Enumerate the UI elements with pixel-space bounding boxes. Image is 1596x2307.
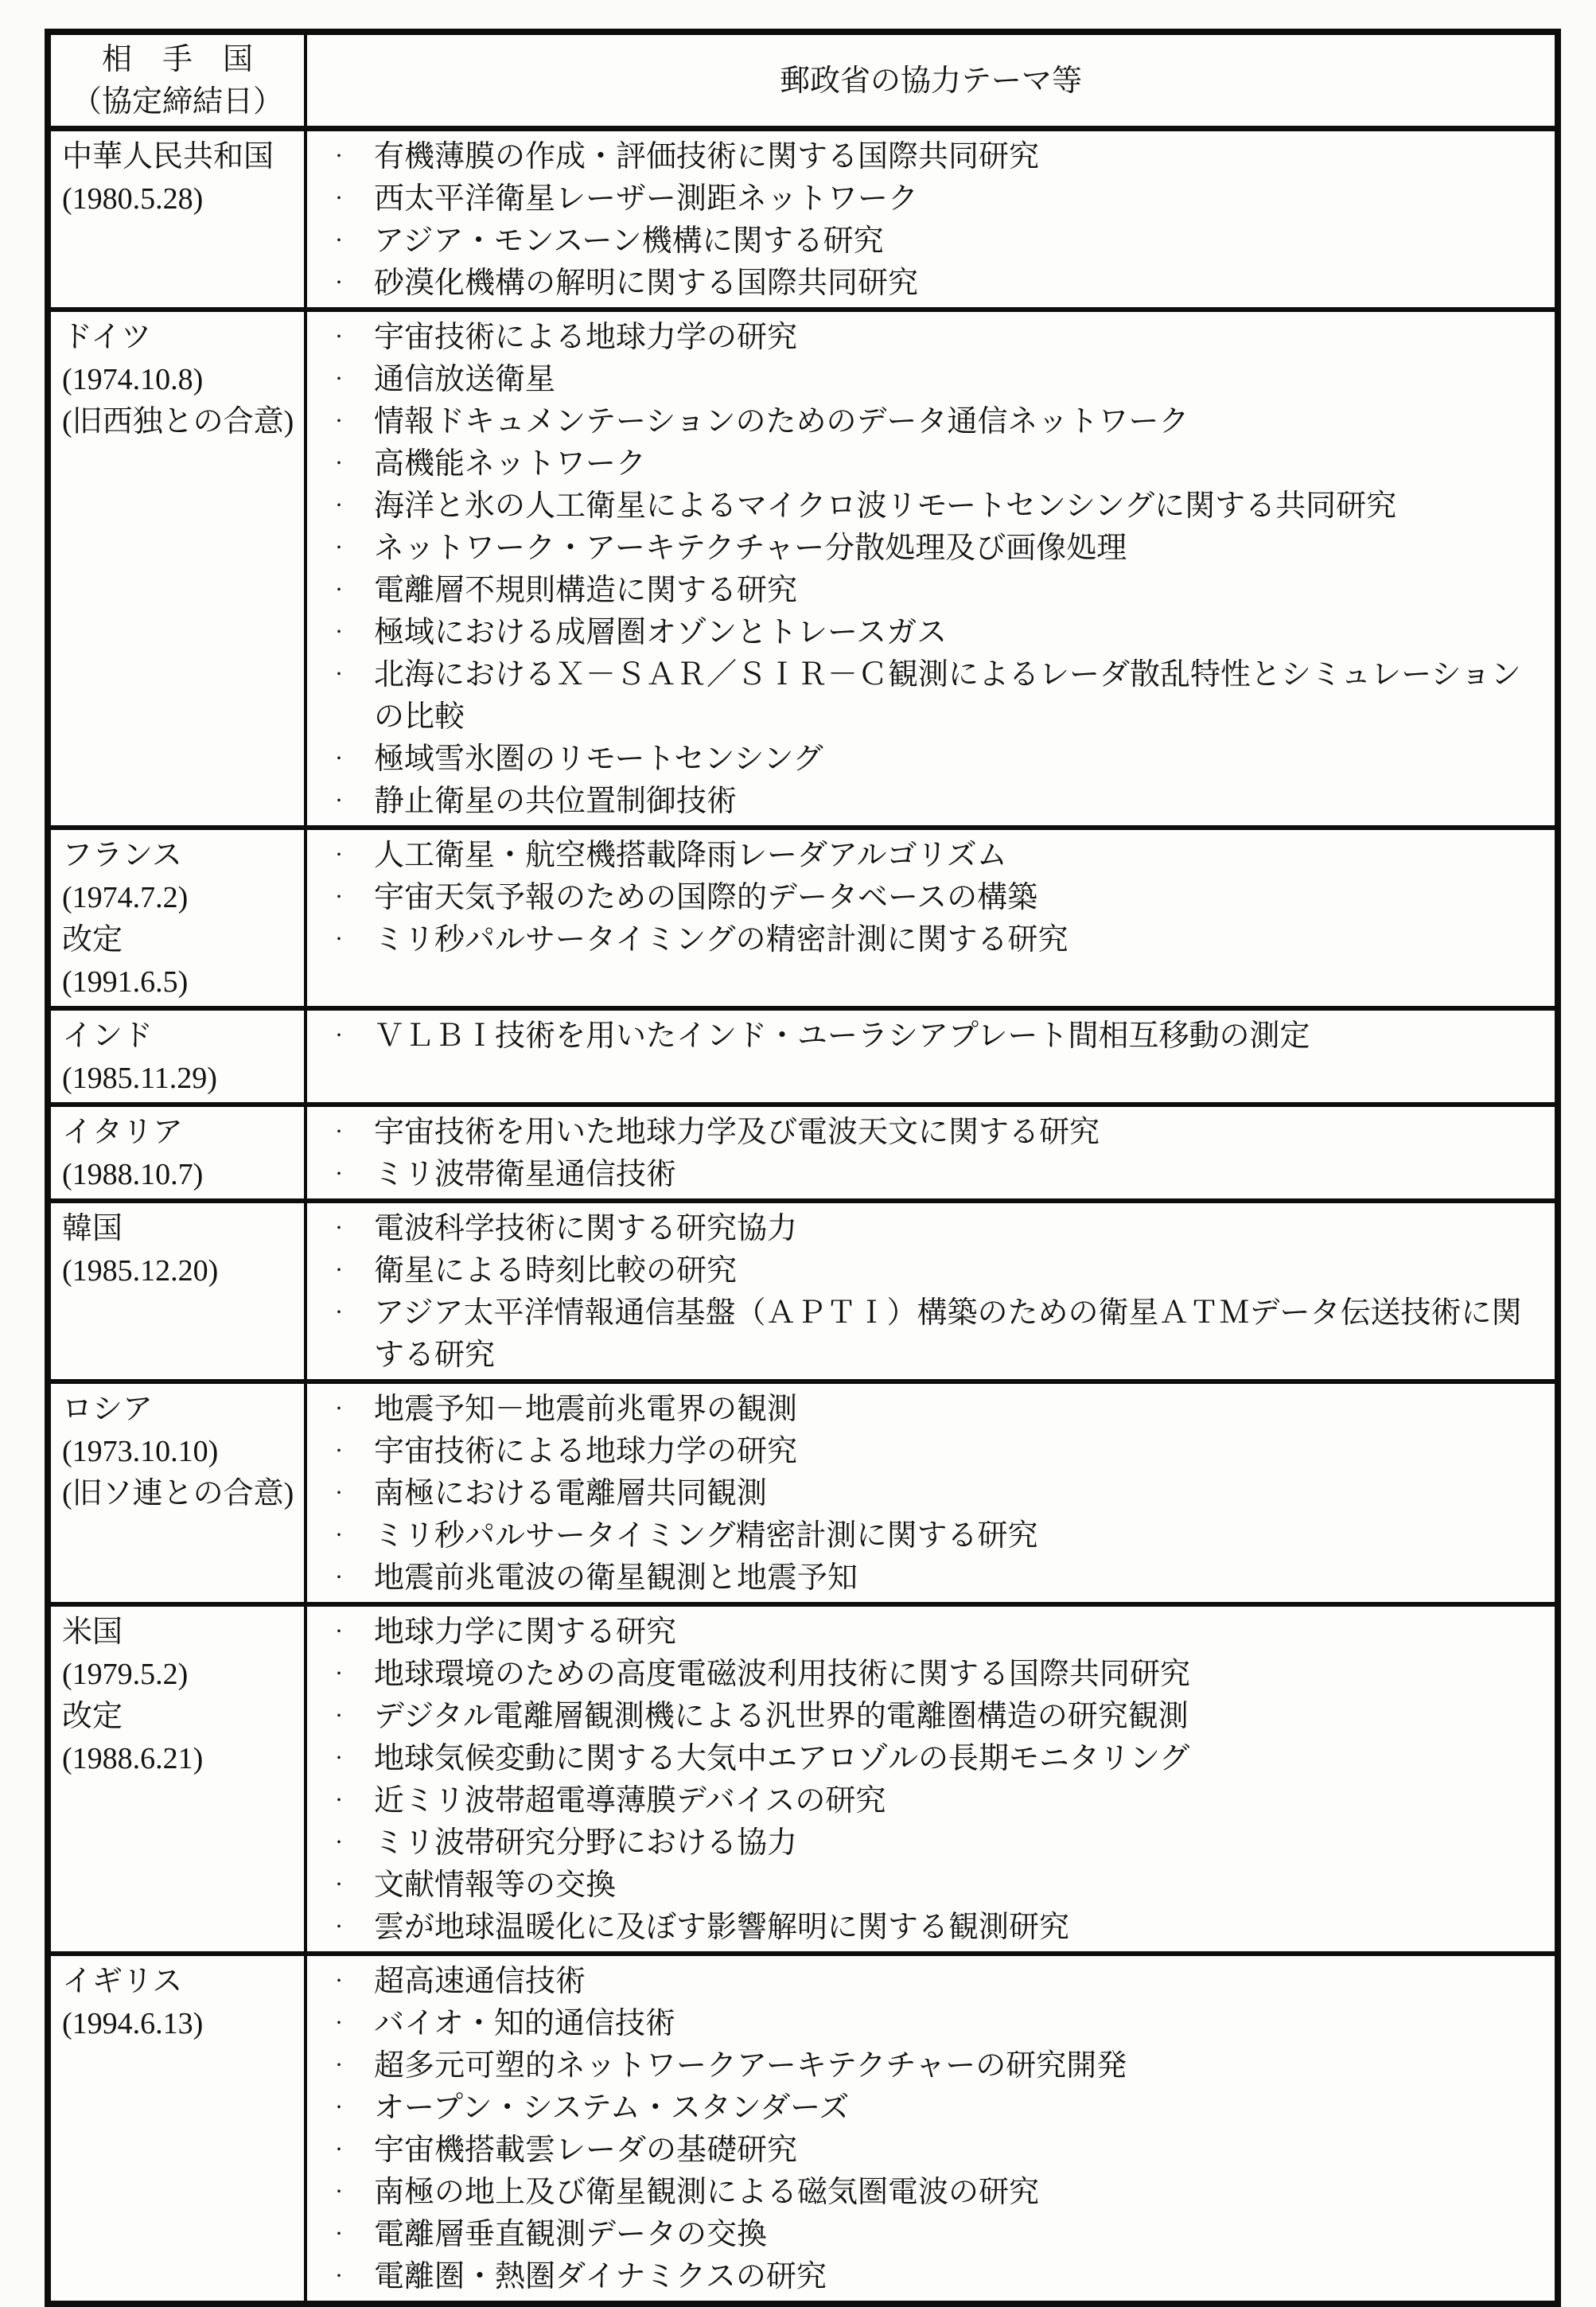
amendment-date: (1988.6.21): [62, 1738, 301, 1780]
theme-text: 宇宙天気予報のための国際的データベースの構築: [374, 881, 1037, 914]
theme-item: ・宇宙天気予報のための国際的データベースの構築: [307, 877, 1550, 919]
country-name: ドイツ: [62, 317, 301, 359]
theme-item: ・超高速通信技術: [307, 1961, 1550, 2003]
theme-item: ・宇宙技術による地球力学の研究: [307, 1431, 1550, 1473]
theme-text: ミリ波帯研究分野における協力: [374, 1826, 797, 1860]
theme-item: ・ネットワーク・アーキテクチャー分散処理及び画像処理: [307, 528, 1550, 570]
bullet-icon: ・: [331, 443, 347, 485]
theme-item: ・地球力学に関する研究: [307, 1611, 1550, 1654]
bullet-icon: ・: [331, 1557, 347, 1600]
agreement-note: (旧ソ連との合意): [62, 1473, 301, 1515]
bullet-icon: ・: [331, 401, 347, 443]
theme-text: 文献情報等の交換: [374, 1869, 616, 1902]
country-name: ロシア: [62, 1389, 301, 1431]
theme-item: ・電離層不規則構造に関する研究: [307, 570, 1550, 612]
theme-text: 電波科学技術に関する研究協力: [374, 1212, 797, 1245]
theme-item: ・電波科学技術に関する研究協力: [307, 1208, 1550, 1250]
theme-text: 人工衛星・航空機搭載降雨レーダアルゴリズム: [374, 839, 1007, 872]
bullet-icon: ・: [331, 2003, 347, 2045]
themes-cell: ・ＶＬＢＩ技術を用いたインド・ユーラシアプレート間相互移動の測定: [306, 1008, 1558, 1105]
bullet-icon: ・: [331, 1431, 347, 1473]
bullet-icon: ・: [331, 1822, 347, 1865]
theme-text: 西太平洋衛星レーザー測距ネットワーク: [374, 182, 918, 216]
theme-text: 海洋と氷の人工衛星によるマイクロ波リモートセンシングに関する共同研究: [374, 489, 1396, 523]
theme-text: ミリ波帯衛星通信技術: [374, 1158, 676, 1191]
bullet-icon: ・: [331, 1250, 347, 1292]
theme-item: ・ＶＬＢＩ技術を用いたインド・ユーラシアプレート間相互移動の測定: [307, 1015, 1550, 1058]
theme-item: ・宇宙技術による地球力学の研究: [307, 317, 1550, 359]
bullet-icon: ・: [331, 1515, 347, 1557]
theme-text: 超多元可塑的ネットワークアーキテクチャーの研究開発: [374, 2049, 1127, 2083]
table-row-uk: イギリス (1994.6.13) ・超高速通信技術 ・バイオ・知的通信技術 ・超…: [48, 1954, 1558, 2304]
theme-item: ・アジア太平洋情報通信基盤（ＡＰＴＩ）構築のための衛星ＡＴＭデータ伝送技術に関す…: [307, 1292, 1550, 1377]
theme-text: 宇宙技術による地球力学の研究: [374, 1435, 797, 1468]
theme-item: ・アジア・モンスーン機構に関する研究: [307, 220, 1550, 263]
table-row-china: 中華人民共和国 (1980.5.28) ・有機薄膜の作成・評価技術に関する国際共…: [48, 129, 1558, 310]
theme-text: 砂漠化機構の解明に関する国際共同研究: [374, 267, 918, 300]
country-cell: フランス (1974.7.2) 改定 (1991.6.5): [48, 828, 306, 1008]
theme-item: ・文献情報等の交換: [307, 1865, 1550, 1907]
country-cell: 米国 (1979.5.2) 改定 (1988.6.21): [48, 1604, 306, 1954]
theme-text: 地球環境のための高度電磁波利用技術に関する国際共同研究: [374, 1658, 1190, 1691]
bullet-icon: ・: [331, 2172, 347, 2214]
bullet-icon: ・: [331, 317, 347, 359]
theme-item: ・高機能ネットワーク: [307, 443, 1550, 485]
bullet-icon: ・: [331, 1292, 347, 1335]
theme-item: ・電離圏・熱圏ダイナミクスの研究: [307, 2256, 1550, 2298]
theme-text: ネットワーク・アーキテクチャー分散処理及び画像処理: [374, 532, 1127, 565]
document-page: 相 手 国 （協定締結日） 郵政省の協力テーマ等 中華人民共和国 (1980.5…: [0, 0, 1596, 2307]
table-row-korea: 韓国 (1985.12.20) ・電波科学技術に関する研究協力 ・衛星による時刻…: [48, 1201, 1558, 1381]
theme-text: アジア・モンスーン機構に関する研究: [374, 224, 884, 258]
theme-item: ・地震前兆電波の衛星観測と地震予知: [307, 1557, 1550, 1600]
theme-item: ・宇宙機搭載雲レーダの基礎研究: [307, 2130, 1550, 2172]
table-row-russia: ロシア (1973.10.10) (旧ソ連との合意) ・地震予知－地震前兆電界の…: [48, 1381, 1558, 1604]
theme-item: ・地球気候変動に関する大気中エアロゾルの長期モニタリング: [307, 1738, 1550, 1780]
bullet-icon: ・: [331, 1112, 347, 1154]
theme-item: ・情報ドキュメンテーションのためのデータ通信ネットワーク: [307, 401, 1550, 443]
bullet-icon: ・: [331, 528, 347, 570]
themes-cell: ・地球力学に関する研究 ・地球環境のための高度電磁波利用技術に関する国際共同研究…: [306, 1604, 1558, 1954]
theme-item: ・北海におけるＸ－ＳＡＲ／ＳＩＲ－Ｃ観測によるレーダ散乱特性とシミュレーションの…: [307, 654, 1550, 738]
theme-item: ・オープン・システム・スタンダーズ: [307, 2087, 1550, 2130]
bullet-icon: ・: [331, 1696, 347, 1738]
country-cell: ロシア (1973.10.10) (旧ソ連との合意): [48, 1381, 306, 1604]
theme-item: ・デジタル電離層観測機による汎世界的電離圏構造の研究観測: [307, 1696, 1550, 1738]
bullet-icon: ・: [331, 654, 347, 696]
header-country-title: 相 手 国: [53, 39, 302, 81]
bullet-icon: ・: [331, 1208, 347, 1250]
theme-item: ・通信放送衛星: [307, 359, 1550, 401]
theme-item: ・静止衛星の共位置制御技術: [307, 781, 1550, 823]
theme-item: ・南極における電離層共同観測: [307, 1473, 1550, 1515]
bullet-icon: ・: [331, 485, 347, 528]
theme-item: ・宇宙技術を用いた地球力学及び電波天文に関する研究: [307, 1112, 1550, 1154]
country-cell: イタリア (1988.10.7): [48, 1105, 306, 1201]
amendment-label: 改定: [62, 919, 301, 961]
country-cell: インド (1985.11.29): [48, 1008, 306, 1105]
agreement-date: (1974.10.8): [62, 359, 301, 401]
theme-item: ・ミリ秒パルサータイミングの精密計測に関する研究: [307, 919, 1550, 961]
theme-text: 超高速通信技術: [374, 1965, 586, 1998]
bullet-icon: ・: [331, 1611, 347, 1654]
header-themes-column: 郵政省の協力テーマ等: [306, 32, 1558, 129]
country-name: 韓国: [62, 1208, 301, 1250]
bullet-icon: ・: [331, 877, 347, 919]
theme-item: ・衛星による時刻比較の研究: [307, 1250, 1550, 1292]
country-name: 中華人民共和国: [62, 136, 301, 178]
theme-text: 極域における成層圏オゾンとトレースガス: [374, 616, 947, 649]
bullet-icon: ・: [331, 1654, 347, 1696]
bullet-icon: ・: [331, 570, 347, 612]
theme-text: 雲が地球温暖化に及ぼす影響解明に関する観測研究: [374, 1911, 1069, 1944]
themes-cell: ・宇宙技術による地球力学の研究 ・通信放送衛星 ・情報ドキュメンテーションのため…: [306, 310, 1558, 828]
bullet-icon: ・: [331, 1961, 347, 2003]
theme-text: 静止衛星の共位置制御技術: [374, 785, 737, 818]
agreement-date: (1985.11.29): [62, 1058, 301, 1100]
bullet-icon: ・: [331, 2214, 347, 2256]
theme-text: 地震予知－地震前兆電界の観測: [374, 1393, 797, 1426]
theme-item: ・極域雪氷圏のリモートセンシング: [307, 738, 1550, 781]
country-name: フランス: [62, 835, 301, 877]
theme-text: 北海におけるＸ－ＳＡＲ／ＳＩＲ－Ｃ観測によるレーダ散乱特性とシミュレーションの比…: [374, 658, 1521, 734]
agreement-note: (旧西独との合意): [62, 401, 301, 443]
theme-text: 衛星による時刻比較の研究: [374, 1254, 737, 1288]
theme-text: ミリ秒パルサータイミングの精密計測に関する研究: [374, 923, 1068, 957]
theme-item: ・極域における成層圏オゾンとトレースガス: [307, 612, 1550, 654]
theme-text: 宇宙技術を用いた地球力学及び電波天文に関する研究: [374, 1116, 1100, 1149]
theme-item: ・砂漠化機構の解明に関する国際共同研究: [307, 263, 1550, 305]
country-name: イギリス: [62, 1961, 301, 2003]
country-name: イタリア: [62, 1112, 301, 1154]
theme-text: 南極の地上及び衛星観測による磁気圏電波の研究: [374, 2176, 1039, 2209]
bullet-icon: ・: [331, 1015, 347, 1058]
themes-cell: ・人工衛星・航空機搭載降雨レーダアルゴリズム ・宇宙天気予報のための国際的データ…: [306, 828, 1558, 1008]
theme-item: ・ミリ波帯研究分野における協力: [307, 1822, 1550, 1865]
theme-text: 高機能ネットワーク: [374, 447, 646, 481]
bullet-icon: ・: [331, 1907, 347, 1949]
bullet-icon: ・: [331, 263, 347, 305]
theme-text: 宇宙機搭載雲レーダの基礎研究: [374, 2134, 797, 2167]
bullet-icon: ・: [331, 1473, 347, 1515]
bullet-icon: ・: [331, 612, 347, 654]
theme-item: ・ミリ波帯衛星通信技術: [307, 1154, 1550, 1196]
theme-text: バイオ・知的通信技術: [374, 2007, 675, 2040]
amendment-label: 改定: [62, 1696, 301, 1738]
theme-text: 宇宙技術による地球力学の研究: [374, 321, 797, 354]
theme-text: 極域雪氷圏のリモートセンシング: [374, 742, 823, 776]
theme-item: ・地球環境のための高度電磁波利用技術に関する国際共同研究: [307, 1654, 1550, 1696]
theme-text: 地震前兆電波の衛星観測と地震予知: [374, 1561, 858, 1595]
theme-text: 通信放送衛星: [374, 363, 555, 396]
themes-cell: ・宇宙技術を用いた地球力学及び電波天文に関する研究 ・ミリ波帯衛星通信技術: [306, 1105, 1558, 1201]
theme-text: 地球力学に関する研究: [374, 1615, 676, 1649]
header-country-column: 相 手 国 （協定締結日）: [48, 32, 306, 129]
themes-cell: ・超高速通信技術 ・バイオ・知的通信技術 ・超多元可塑的ネットワークアーキテクチ…: [306, 1954, 1558, 2304]
theme-item: ・近ミリ波帯超電導薄膜デバイスの研究: [307, 1780, 1550, 1822]
bullet-icon: ・: [331, 178, 347, 220]
country-name: 米国: [62, 1611, 301, 1654]
bullet-icon: ・: [331, 835, 347, 877]
theme-text: ミリ秒パルサータイミング精密計測に関する研究: [374, 1519, 1037, 1553]
table-row-france: フランス (1974.7.2) 改定 (1991.6.5) ・人工衛星・航空機搭…: [48, 828, 1558, 1008]
theme-text: 近ミリ波帯超電導薄膜デバイスの研究: [374, 1784, 886, 1818]
cooperation-table: 相 手 国 （協定締結日） 郵政省の協力テーマ等 中華人民共和国 (1980.5…: [45, 29, 1561, 2307]
header-country-subtitle: （協定締結日）: [53, 81, 302, 123]
theme-item: ・雲が地球温暖化に及ぼす影響解明に関する観測研究: [307, 1907, 1550, 1949]
bullet-icon: ・: [331, 2045, 347, 2087]
bullet-icon: ・: [331, 1865, 347, 1907]
theme-item: ・海洋と氷の人工衛星によるマイクロ波リモートセンシングに関する共同研究: [307, 485, 1550, 528]
agreement-date: (1973.10.10): [62, 1431, 301, 1473]
bullet-icon: ・: [331, 1389, 347, 1431]
theme-item: ・超多元可塑的ネットワークアーキテクチャーの研究開発: [307, 2045, 1550, 2087]
theme-text: オープン・システム・スタンダーズ: [374, 2091, 849, 2125]
bullet-icon: ・: [331, 1154, 347, 1196]
country-cell: ドイツ (1974.10.8) (旧西独との合意): [48, 310, 306, 828]
bullet-icon: ・: [331, 781, 347, 823]
theme-item: ・バイオ・知的通信技術: [307, 2003, 1550, 2045]
table-row-india: インド (1985.11.29) ・ＶＬＢＩ技術を用いたインド・ユーラシアプレー…: [48, 1008, 1558, 1105]
theme-text: 有機薄膜の作成・評価技術に関する国際共同研究: [374, 140, 1039, 173]
bullet-icon: ・: [331, 2256, 347, 2298]
agreement-date: (1980.5.28): [62, 178, 301, 220]
bullet-icon: ・: [331, 359, 347, 401]
bullet-icon: ・: [331, 136, 347, 178]
amendment-date: (1991.6.5): [62, 961, 301, 1003]
themes-cell: ・有機薄膜の作成・評価技術に関する国際共同研究 ・西太平洋衛星レーザー測距ネット…: [306, 129, 1558, 310]
table-row-germany: ドイツ (1974.10.8) (旧西独との合意) ・宇宙技術による地球力学の研…: [48, 310, 1558, 828]
country-cell: 韓国 (1985.12.20): [48, 1201, 306, 1381]
agreement-date: (1979.5.2): [62, 1654, 301, 1696]
country-name: インド: [62, 1015, 301, 1058]
theme-text: ＶＬＢＩ技術を用いたインド・ユーラシアプレート間相互移動の測定: [374, 1019, 1310, 1053]
country-cell: イギリス (1994.6.13): [48, 1954, 306, 2304]
agreement-date: (1985.12.20): [62, 1250, 301, 1292]
agreement-date: (1994.6.13): [62, 2003, 301, 2045]
bullet-icon: ・: [331, 2087, 347, 2130]
theme-text: 電離層不規則構造に関する研究: [374, 574, 797, 607]
bullet-icon: ・: [331, 1738, 347, 1780]
bullet-icon: ・: [331, 2130, 347, 2172]
theme-item: ・ミリ秒パルサータイミング精密計測に関する研究: [307, 1515, 1550, 1557]
theme-text: 電離層垂直観測データの交換: [374, 2218, 767, 2251]
agreement-date: (1974.7.2): [62, 877, 301, 919]
country-cell: 中華人民共和国 (1980.5.28): [48, 129, 306, 310]
bullet-icon: ・: [331, 1780, 347, 1822]
header-row: 相 手 国 （協定締結日） 郵政省の協力テーマ等: [48, 32, 1558, 129]
bullet-icon: ・: [331, 919, 347, 961]
bullet-icon: ・: [331, 738, 347, 781]
themes-cell: ・電波科学技術に関する研究協力 ・衛星による時刻比較の研究 ・アジア太平洋情報通…: [306, 1201, 1558, 1381]
agreement-date: (1988.10.7): [62, 1154, 301, 1196]
theme-item: ・人工衛星・航空機搭載降雨レーダアルゴリズム: [307, 835, 1550, 877]
theme-text: デジタル電離層観測機による汎世界的電離圏構造の研究観測: [374, 1700, 1189, 1733]
theme-item: ・地震予知－地震前兆電界の観測: [307, 1389, 1550, 1431]
theme-item: ・西太平洋衛星レーザー測距ネットワーク: [307, 178, 1550, 220]
bullet-icon: ・: [331, 220, 347, 263]
theme-text: 情報ドキュメンテーションのためのデータ通信ネットワーク: [374, 405, 1189, 438]
theme-text: アジア太平洋情報通信基盤（ＡＰＴＩ）構築のための衛星ＡＴＭデータ伝送技術に関する…: [374, 1296, 1521, 1372]
theme-text: 地球気候変動に関する大気中エアロゾルの長期モニタリング: [374, 1742, 1189, 1775]
table-row-italy: イタリア (1988.10.7) ・宇宙技術を用いた地球力学及び電波天文に関する…: [48, 1105, 1558, 1201]
theme-text: 南極における電離層共同観測: [374, 1477, 767, 1510]
table-row-usa: 米国 (1979.5.2) 改定 (1988.6.21) ・地球力学に関する研究…: [48, 1604, 1558, 1954]
theme-item: ・南極の地上及び衛星観測による磁気圏電波の研究: [307, 2172, 1550, 2214]
theme-item: ・電離層垂直観測データの交換: [307, 2214, 1550, 2256]
theme-text: 電離圏・熱圏ダイナミクスの研究: [374, 2260, 827, 2293]
themes-cell: ・地震予知－地震前兆電界の観測 ・宇宙技術による地球力学の研究 ・南極における電…: [306, 1381, 1558, 1604]
theme-item: ・有機薄膜の作成・評価技術に関する国際共同研究: [307, 136, 1550, 178]
